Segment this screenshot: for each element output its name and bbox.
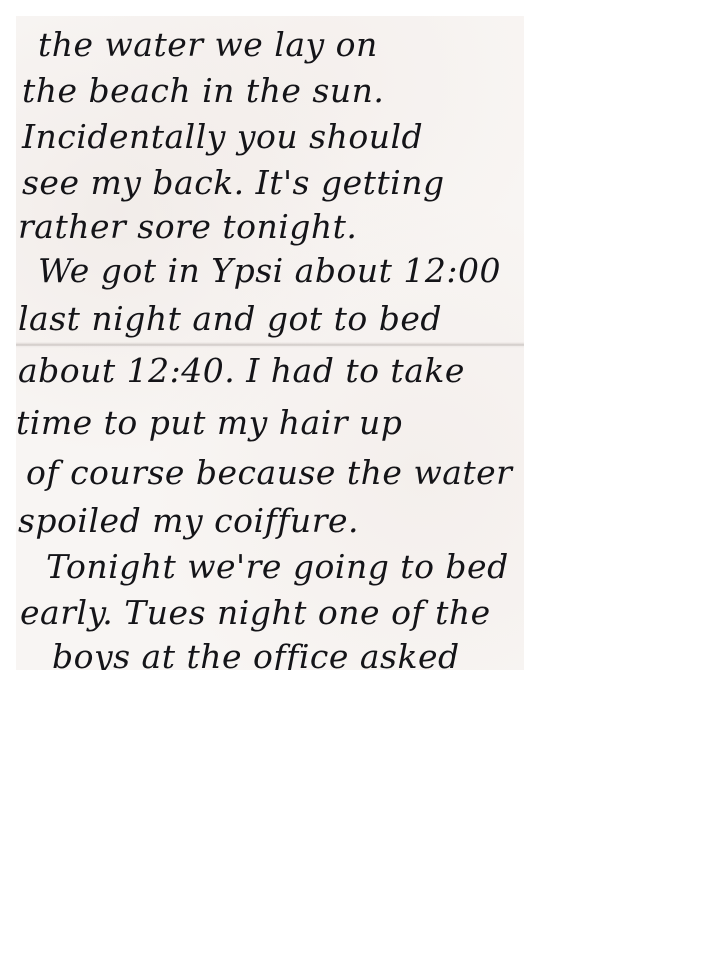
letter-line-1: the water we lay on bbox=[38, 28, 378, 61]
letter-line-6: We got in Ypsi about 12:00 bbox=[38, 254, 501, 287]
letter-line-2: the beach in the sun. bbox=[22, 74, 384, 107]
letter-line-10: of course because the water bbox=[26, 456, 512, 489]
letter-line-5: rather sore tonight. bbox=[18, 210, 357, 243]
letter-line-3: Incidentally you should bbox=[22, 120, 423, 153]
letter-line-12: Tonight we're going to bed bbox=[46, 550, 509, 583]
letter-page: the water we lay on the beach in the sun… bbox=[16, 16, 524, 670]
letter-line-13: early. Tues night one of the bbox=[20, 596, 491, 629]
letter-line-7: last night and got to bed bbox=[18, 302, 442, 335]
paper-fold-crease bbox=[16, 342, 524, 348]
letter-line-9: time to put my hair up bbox=[16, 406, 402, 439]
letter-line-8: about 12:40. I had to take bbox=[18, 354, 465, 387]
letter-line-11: spoiled my coiffure. bbox=[18, 504, 359, 537]
letter-line-4: see my back. It's getting bbox=[22, 166, 445, 199]
letter-line-14: boys at the office asked bbox=[52, 640, 460, 670]
